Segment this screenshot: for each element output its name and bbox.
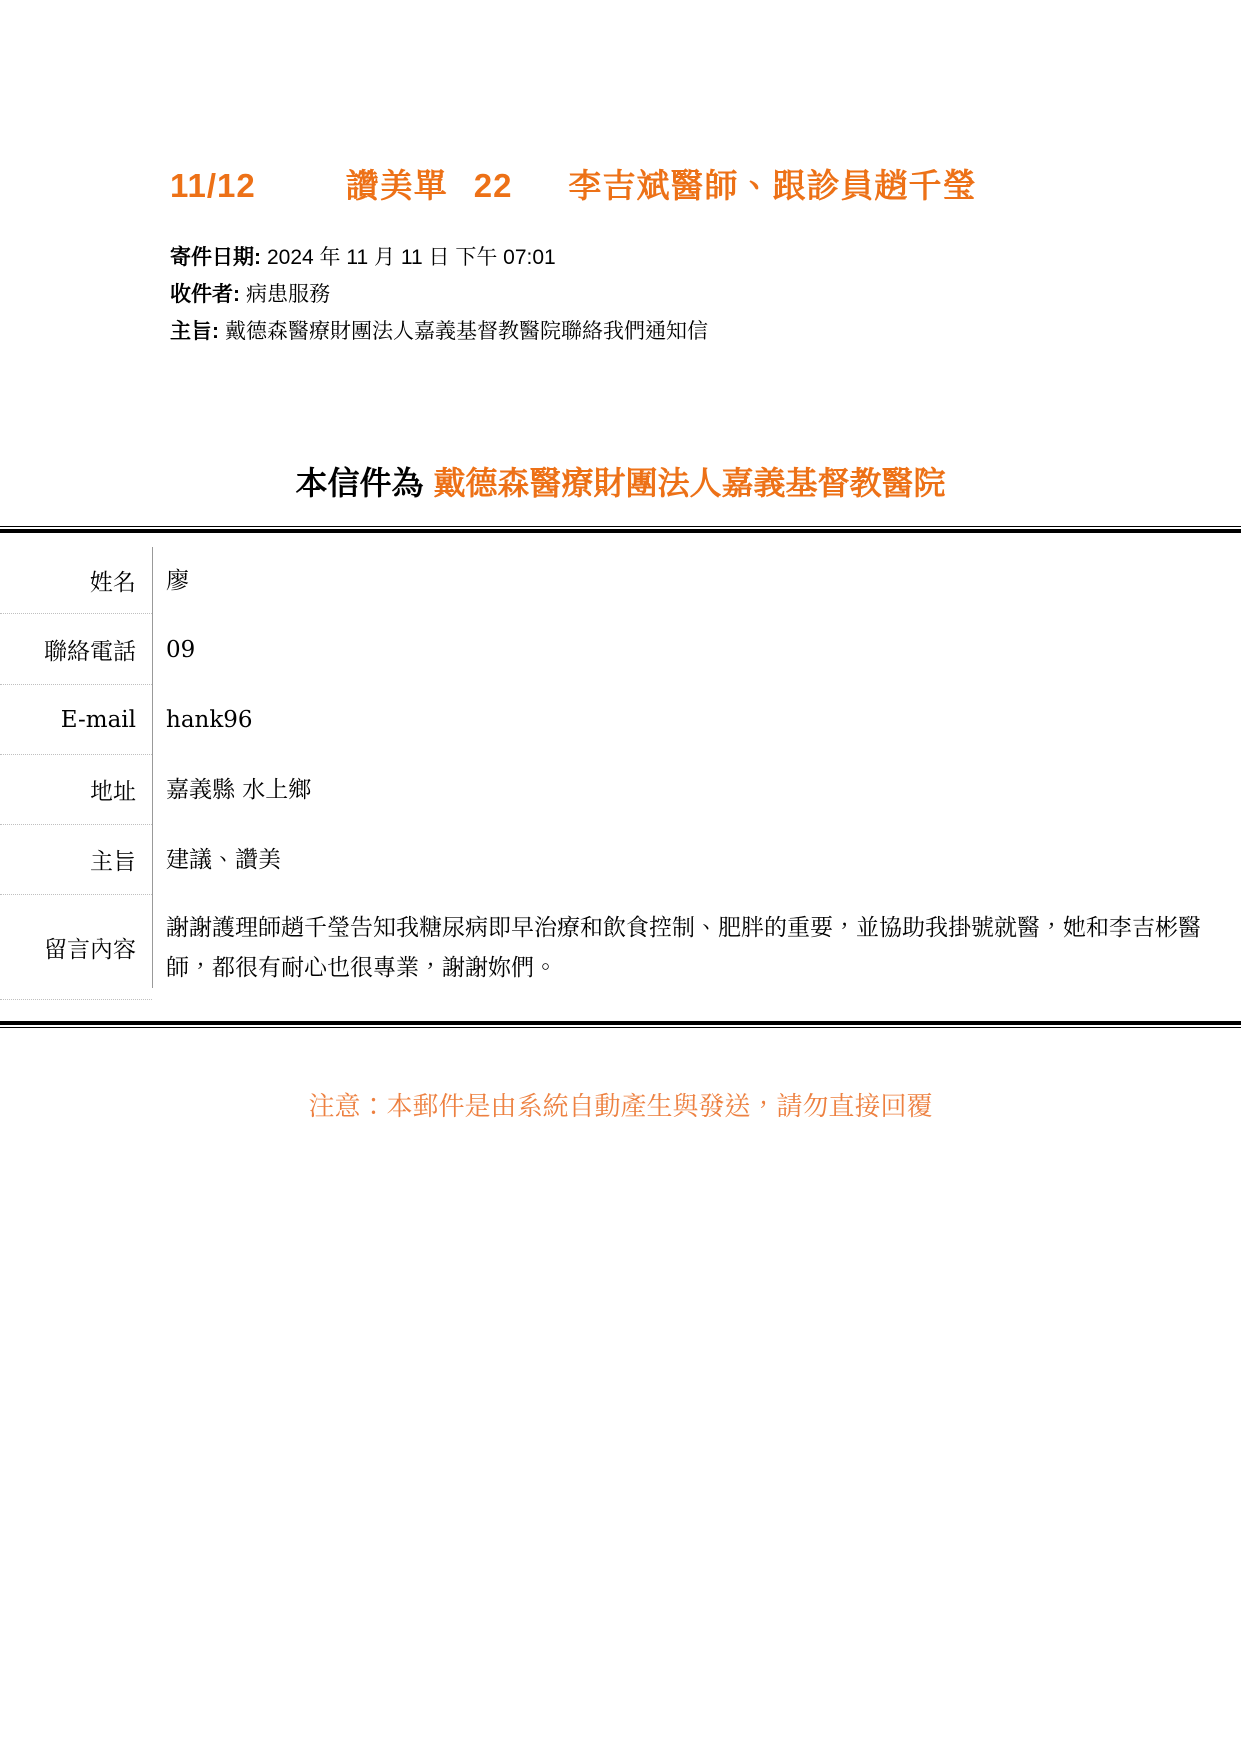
row-value: 謝謝護理師趙千瑩告知我糖尿病即早治療和飲食控制、肥胖的重要，並協助我掛號就醫，她… <box>152 895 1241 1000</box>
row-value: 建議、讚美 <box>152 825 1241 895</box>
hospital-name: 戴德森醫療財團法人嘉義基督教醫院 <box>434 465 946 501</box>
sent-date-label: 寄件日期: <box>170 246 261 269</box>
table-row-subject: 主旨 建議、讚美 <box>0 825 1241 895</box>
table-row-name: 姓名 廖 <box>0 547 1241 614</box>
bottom-rule <box>0 1021 1241 1028</box>
table-row-phone: 聯絡電話 09 <box>0 614 1241 685</box>
title-people: 李吉斌醫師、跟診員趙千瑩 <box>568 167 976 204</box>
meta-recipient: 收件者:病患服務 <box>170 276 708 313</box>
auto-reply-note: 注意：本郵件是由系統自動產生與發送，請勿直接回覆 <box>0 1086 1241 1123</box>
row-label: 地址 <box>0 755 152 825</box>
email-document: 11/12讚美單22李吉斌醫師、跟診員趙千瑩 寄件日期:2024 年 11 月 … <box>0 0 1241 1755</box>
title-number: 22 <box>474 167 513 204</box>
contact-form-table: 姓名 廖 聯絡電話 09 E-mail hank96 地址 嘉義縣 水上鄉 主旨… <box>0 547 1241 1000</box>
row-label: E-mail <box>0 685 152 755</box>
subject-label: 主旨: <box>170 320 219 343</box>
bottom-rule-thin-line <box>0 1027 1241 1028</box>
row-label: 主旨 <box>0 825 152 895</box>
row-label: 留言內容 <box>0 895 152 1000</box>
row-label: 姓名 <box>0 547 152 614</box>
table-row-email: E-mail hank96 <box>0 685 1241 755</box>
table-row-message: 留言內容 謝謝護理師趙千瑩告知我糖尿病即早治療和飲食控制、肥胖的重要，並協助我掛… <box>0 895 1241 1000</box>
row-value: hank96 <box>152 685 1241 755</box>
top-rule <box>0 526 1241 533</box>
row-value: 09 <box>152 614 1241 685</box>
sent-date-value: 2024 年 11 月 11 日 下午 07:01 <box>267 246 556 269</box>
title-form-type: 讚美單 <box>346 167 448 204</box>
table-row-address: 地址 嘉義縣 水上鄉 <box>0 755 1241 825</box>
recipient-label: 收件者: <box>170 283 240 306</box>
row-value: 嘉義縣 水上鄉 <box>152 755 1241 825</box>
letter-heading-prefix: 本信件為 <box>295 465 423 501</box>
meta-sent-date: 寄件日期:2024 年 11 月 11 日 下午 07:01 <box>170 240 708 276</box>
row-label: 聯絡電話 <box>0 614 152 685</box>
row-value: 廖 <box>152 547 1241 614</box>
top-rule-thick-line <box>0 529 1241 533</box>
meta-subject: 主旨:戴德森醫療財團法人嘉義基督教醫院聯絡我們通知信 <box>170 313 708 350</box>
subject-value: 戴德森醫療財團法人嘉義基督教醫院聯絡我們通知信 <box>225 319 708 343</box>
title-date: 11/12 <box>170 167 256 204</box>
letter-heading: 本信件為戴德森醫療財團法人嘉義基督教醫院 <box>0 458 1241 504</box>
recipient-value: 病患服務 <box>246 282 330 306</box>
email-title: 11/12讚美單22李吉斌醫師、跟診員趙千瑩 <box>170 160 976 207</box>
email-meta: 寄件日期:2024 年 11 月 11 日 下午 07:01 收件者:病患服務 … <box>170 240 708 350</box>
column-divider <box>152 547 153 988</box>
